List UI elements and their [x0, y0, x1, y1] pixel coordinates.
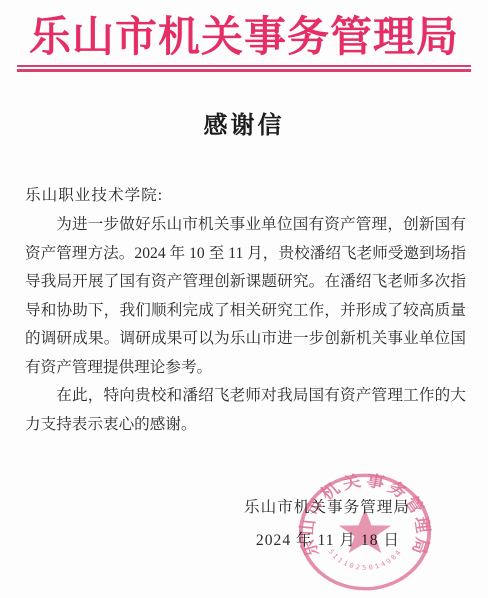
signature-block: 乐山市机关事务管理局 2024 年 11 月 18 日 [0, 498, 488, 550]
svg-text:5111025014984: 5111025014984 [326, 548, 402, 572]
letterhead-divider [17, 65, 471, 72]
body-line: 在此，特向贵校和潘绍飞老师对我局国有资产管理工作的大 [25, 382, 466, 411]
body-line: 资产管理方法。2024 年 10 至 11 月，贵校潘绍飞老师受邀到场指 [25, 240, 466, 269]
body-line: 导和协助下，我们顺利完成了相关研究工作，并形成了较高质量 [25, 297, 466, 326]
body-line: 为进一步做好乐山市机关事业单位国有资产管理，创新国有 [25, 211, 466, 240]
letter-page: 乐山市机关事务管理局 感谢信 乐山职业技术学院: 为进一步做好乐山市机关事业单位… [0, 0, 488, 598]
divider-thick-line [17, 69, 471, 72]
signature-org-name: 乐山市机关事务管理局 [0, 498, 488, 517]
body-line: 的调研成果。调研成果可以为乐山市进一步创新机关事业单位国 [25, 325, 466, 354]
letter-title: 感谢信 [0, 105, 488, 140]
body-line: 导我局开展了国有资产管理创新课题研究。在潘绍飞老师多次指 [25, 268, 466, 297]
body-line: 有资产管理提供理论参考。 [25, 354, 466, 383]
salutation: 乐山职业技术学院: [25, 183, 163, 205]
letterhead-org-name: 乐山市机关事务管理局 [0, 4, 488, 64]
seal-code: 5111025014984 [326, 548, 402, 572]
signature-date: 2024 年 11 月 18 日 [0, 531, 488, 550]
body-line: 力支持表示衷心的感谢。 [25, 411, 466, 440]
letter-body: 为进一步做好乐山市机关事业单位国有资产管理，创新国有 资产管理方法。2024 年… [25, 211, 466, 439]
